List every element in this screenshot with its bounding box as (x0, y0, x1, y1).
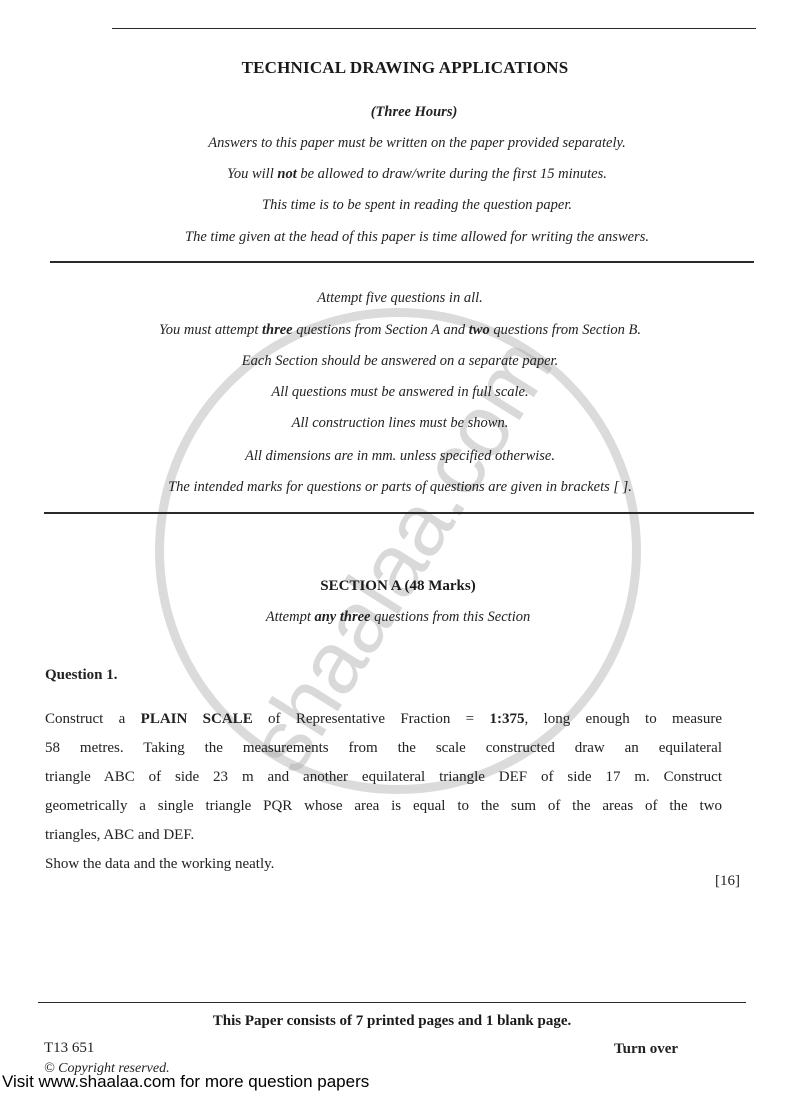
rule-line-2-c: questions from Section A and (293, 322, 469, 338)
question-line-5: triangles, ABC and DEF. (45, 821, 722, 850)
section-subtitle-c: questions from this Section (370, 609, 530, 625)
pages-note: This Paper consists of 7 printed pages a… (0, 1013, 792, 1030)
paper-code: T13 651 (44, 1040, 94, 1057)
top-rule (112, 28, 756, 29)
rule-line-1: Attempt five questions in all. (0, 290, 800, 307)
visit-link[interactable]: Visit www.shaalaa.com for more question … (2, 1072, 369, 1092)
turn-over: Turn over (614, 1041, 678, 1058)
paper-title: TECHNICAL DRAWING APPLICATIONS (5, 58, 800, 78)
section-subtitle-a: Attempt (266, 609, 315, 625)
rule-line-6: All dimensions are in mm. unless specifi… (0, 448, 800, 465)
q-line-1-a: Construct a (45, 711, 141, 727)
question-body: Construct a PLAIN SCALE of Representativ… (45, 705, 722, 879)
rule-line-3: Each Section should be answered on a sep… (0, 353, 800, 370)
instruction-2-c: be allowed to draw/write during the firs… (297, 166, 607, 182)
footer-rule (38, 1002, 746, 1003)
question-line-4: geometrically a single triangle PQR whos… (45, 792, 722, 821)
question-line-6: Show the data and the working neatly. (45, 850, 722, 879)
rules-rule (44, 512, 754, 514)
instruction-2: You will not be allowed to draw/write du… (17, 166, 800, 183)
rule-line-2-a: You must attempt (159, 322, 262, 338)
q-line-1-d: 1:375 (489, 711, 524, 727)
q-line-1-c: of Representative Fraction = (253, 711, 490, 727)
rule-line-2-b: three (262, 322, 293, 338)
section-subtitle-b: any three (314, 609, 370, 625)
rule-line-4: All questions must be answered in full s… (0, 384, 800, 401)
instruction-4: The time given at the head of this paper… (17, 229, 800, 246)
question-line-2: 58 metres. Taking the measurements from … (45, 734, 722, 763)
section-subtitle: Attempt any three questions from this Se… (0, 609, 798, 626)
rule-line-2: You must attempt three questions from Se… (0, 322, 800, 339)
q-line-1-e: , long enough to measure (524, 711, 722, 727)
rule-line-2-d: two (469, 322, 490, 338)
instruction-3: This time is to be spent in reading the … (17, 197, 800, 214)
question-marks: [16] (715, 873, 740, 890)
duration: (Three Hours) (14, 104, 800, 121)
rule-line-5: All construction lines must be shown. (0, 415, 800, 432)
question-line-1: Construct a PLAIN SCALE of Representativ… (45, 705, 722, 734)
question-line-3: triangle ABC of side 23 m and another eq… (45, 763, 722, 792)
rule-line-7: The intended marks for questions or part… (0, 479, 800, 496)
q-line-1-b: PLAIN SCALE (141, 711, 253, 727)
section-title: SECTION A (48 Marks) (0, 578, 798, 595)
question-heading: Question 1. (45, 667, 118, 684)
instruction-2-a: You will (227, 166, 277, 182)
instruction-2-bold: not (277, 166, 296, 182)
rule-line-2-e: questions from Section B. (490, 322, 641, 338)
header-rule (50, 261, 754, 263)
instruction-1: Answers to this paper must be written on… (17, 135, 800, 152)
